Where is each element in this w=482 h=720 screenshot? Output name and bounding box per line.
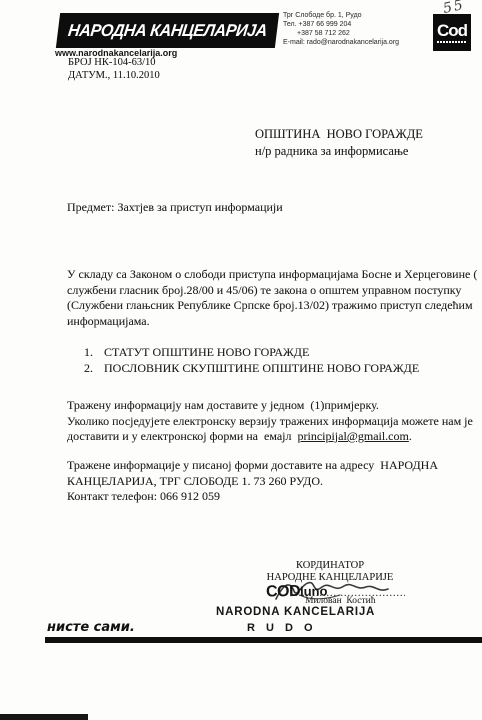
- date-line: ДАТУМ., 11.10.2010: [68, 70, 160, 81]
- cod-logo: Cod: [433, 14, 471, 51]
- footer-divider-bar: [45, 637, 482, 643]
- list-item-text: ПОСЛОВНИК СКУПШТИНЕ ОПШТИНЕ НОВО ГОРАЖДЕ: [104, 360, 419, 376]
- reference-number: БРОЈ НК-104-63/10: [68, 57, 156, 68]
- cod-logo-text: Cod: [437, 23, 467, 39]
- recipient-block: ОПШТИНА НОВО ГОРАЖДЕ н/р радника за инфо…: [255, 126, 423, 160]
- stamp-cod-text: COD: [266, 583, 300, 601]
- stamp-cod-suffix: luno: [300, 583, 328, 598]
- list-item-number: 1.: [84, 344, 104, 360]
- stamp-cod-logo: CODluno: [266, 582, 328, 601]
- body-paragraph-2: Тражену информацију нам доставите у једн…: [67, 398, 482, 445]
- recipient-name: ОПШТИНА НОВО ГОРАЖДЕ: [255, 126, 423, 143]
- list-item: 1. СТАТУТ ОПШТИНЕ НОВО ГОРАЖДЕ: [84, 344, 419, 360]
- stamp-city: R U D O: [247, 622, 317, 634]
- requested-documents-list: 1. СТАТУТ ОПШТИНЕ НОВО ГОРАЖДЕ 2. ПОСЛОВ…: [84, 344, 419, 376]
- list-item: 2. ПОСЛОВНИК СКУПШТИНЕ ОПШТИНЕ НОВО ГОРА…: [84, 360, 419, 376]
- org-name-text: НАРОДНА КАНЦЕЛАРИЈА: [67, 21, 268, 41]
- list-item-number: 2.: [84, 360, 104, 376]
- body-paragraph-1: У складу са Законом о слободи приступа и…: [67, 267, 482, 329]
- sentence-period: .: [409, 429, 412, 443]
- footer-slogan: нисте сами.: [47, 620, 135, 635]
- scan-edge-artifact: [0, 714, 88, 720]
- email-address: principijal@gmail.com: [297, 429, 408, 443]
- stamp-org-name: NARODNA KANCELARIJA: [216, 606, 375, 618]
- scanned-letter-page: НАРОДНА КАНЦЕЛАРИЈА www.narodnakancelari…: [0, 0, 482, 720]
- subject-line: Предмет: Захтјев за приступ информацији: [67, 200, 283, 215]
- body-paragraph-3: Тражене информације у писаној форми дост…: [67, 458, 482, 489]
- cod-logo-subline: [437, 41, 467, 43]
- contact-address: Трг Слободе бр. 1, Рудо: [283, 11, 433, 20]
- delivery-copy-line: Тражену информацију нам доставите у једн…: [67, 398, 379, 412]
- signature-title-1: КОРДИНАТОР: [250, 560, 410, 571]
- contact-phone-2: +387 58 712 262: [283, 29, 433, 38]
- electronic-version-text: Уколико посједујете електронску верзију …: [67, 414, 476, 444]
- org-banner: НАРОДНА КАНЦЕЛАРИЈА: [56, 13, 279, 48]
- contact-email: E-mail: rado@narodnakancelarija.org: [283, 38, 433, 47]
- list-item-text: СТАТУТ ОПШТИНЕ НОВО ГОРАЖДЕ: [104, 344, 309, 360]
- contact-phone-line: Контакт телефон: 066 912 059: [67, 489, 220, 504]
- recipient-attention: н/р радника за информисање: [255, 143, 423, 160]
- contact-block: Трг Слободе бр. 1, Рудо Тел. +387 66 999…: [283, 11, 433, 47]
- contact-phone-1: Тел. +387 66 999 204: [283, 20, 433, 29]
